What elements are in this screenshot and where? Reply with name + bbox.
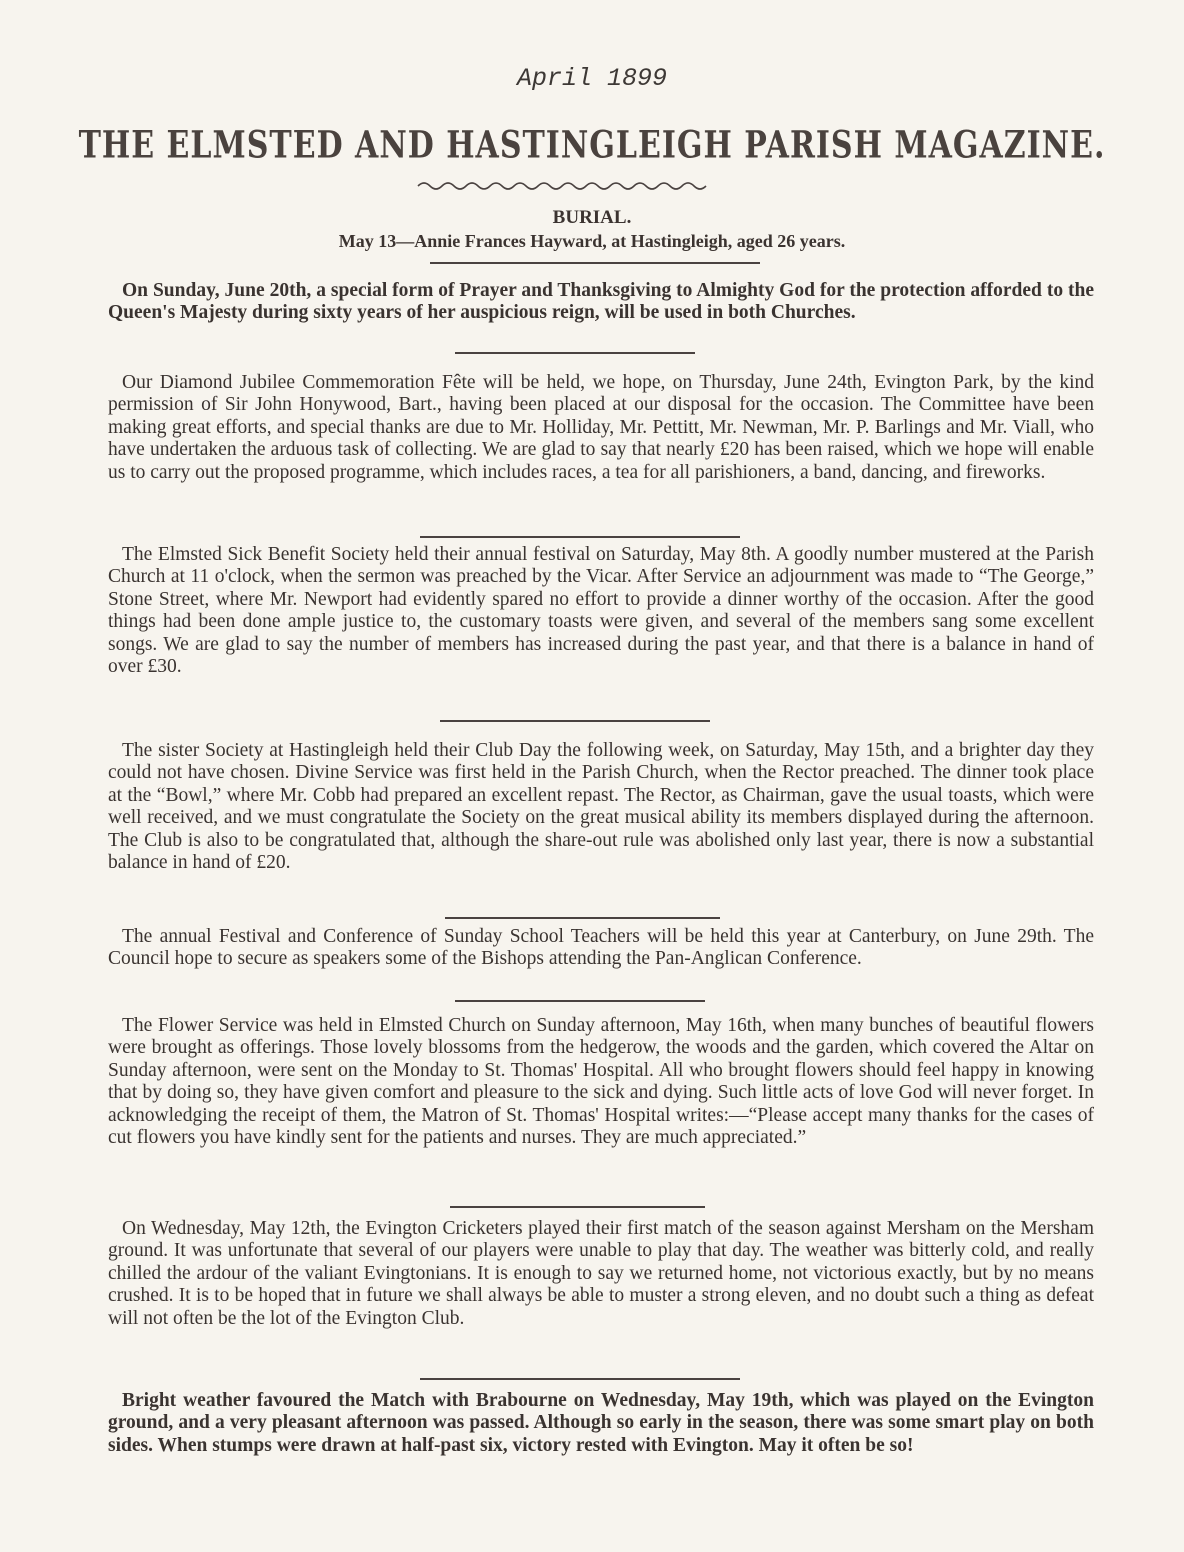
paragraph-hastingleigh-club-day: The sister Society at Hastingleigh held …: [108, 740, 1094, 874]
section-rule: [440, 720, 710, 722]
burial-heading: BURIAL.: [0, 207, 1184, 229]
issue-date: April 1899: [0, 64, 1184, 93]
section-rule: [420, 1378, 740, 1380]
paragraph-elmsted-benefit-society: The Elmsted Sick Benefit Society held th…: [108, 544, 1094, 678]
ornamental-squiggle-divider: [416, 178, 716, 192]
paragraph-cricket-brabourne: Bright weather favoured the Match with B…: [108, 1390, 1094, 1457]
section-rule: [445, 917, 720, 919]
paragraph-flower-service: The Flower Service was held in Elmsted C…: [108, 1015, 1094, 1149]
magazine-page: April 1899 THE ELMSTED AND HASTINGLEIGH …: [0, 0, 1184, 1552]
paragraph-thanksgiving: On Sunday, June 20th, a special form of …: [108, 280, 1094, 325]
paragraph-jubilee-fete: Our Diamond Jubilee Commemoration Fête w…: [108, 372, 1094, 484]
burial-entry: May 13—Annie Frances Hayward, at Hasting…: [0, 231, 1184, 252]
masthead-title: THE ELMSTED AND HASTINGLEIGH PARISH MAGA…: [40, 124, 1144, 168]
section-rule: [430, 262, 760, 264]
section-rule: [455, 1000, 705, 1002]
section-rule: [450, 1206, 705, 1208]
section-rule: [420, 536, 740, 538]
section-rule: [455, 352, 695, 354]
paragraph-sunday-school-conference: The annual Festival and Conference of Su…: [108, 926, 1094, 971]
paragraph-cricket-mersham: On Wednesday, May 12th, the Evington Cri…: [108, 1218, 1094, 1330]
